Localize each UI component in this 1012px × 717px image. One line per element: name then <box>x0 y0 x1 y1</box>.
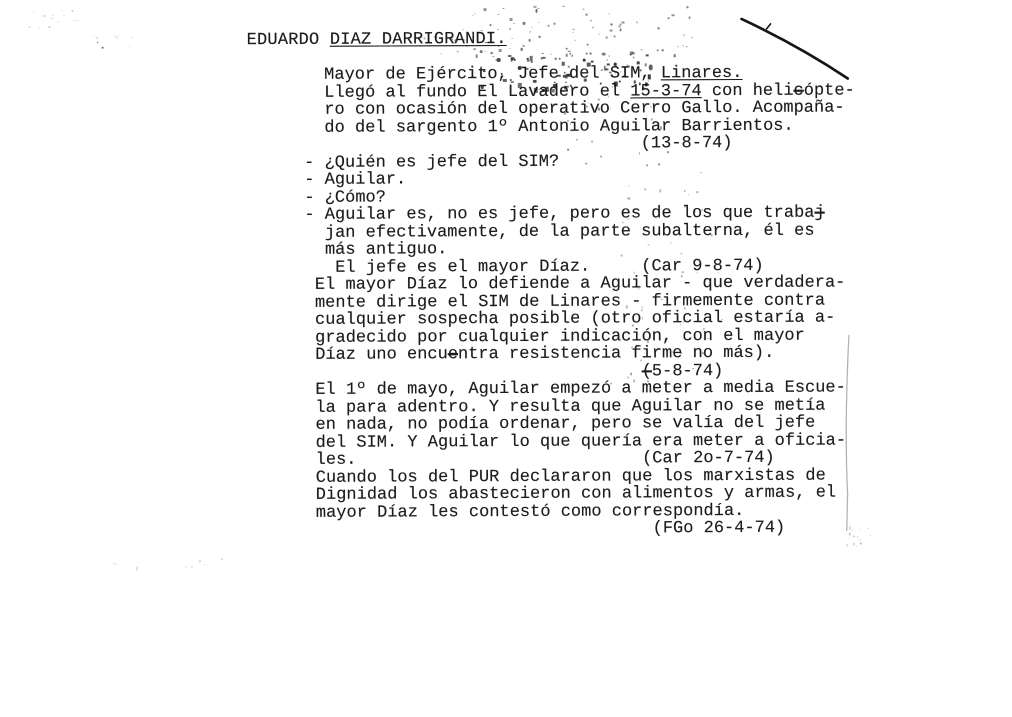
scanned-document-page: EDUARDO DIAZ DARRIGRANDI. Mayor de Ejérc… <box>0 0 1012 717</box>
title-first-name: EDUARDO <box>247 31 330 50</box>
text-line: jan efectivamente, de la parte subaltern… <box>304 222 855 242</box>
scan-noise-speckles <box>0 0 1010 2</box>
title-surname-underlined: DIAZ DARRIGRANDI. <box>330 30 507 50</box>
text-line: (FGo 26-4-74) <box>306 519 857 539</box>
document-body: Mayor de Ejército, Jefe del SIM, Linares… <box>304 64 857 539</box>
document-title: EDUARDO DIAZ DARRIGRANDI. <box>247 31 507 50</box>
